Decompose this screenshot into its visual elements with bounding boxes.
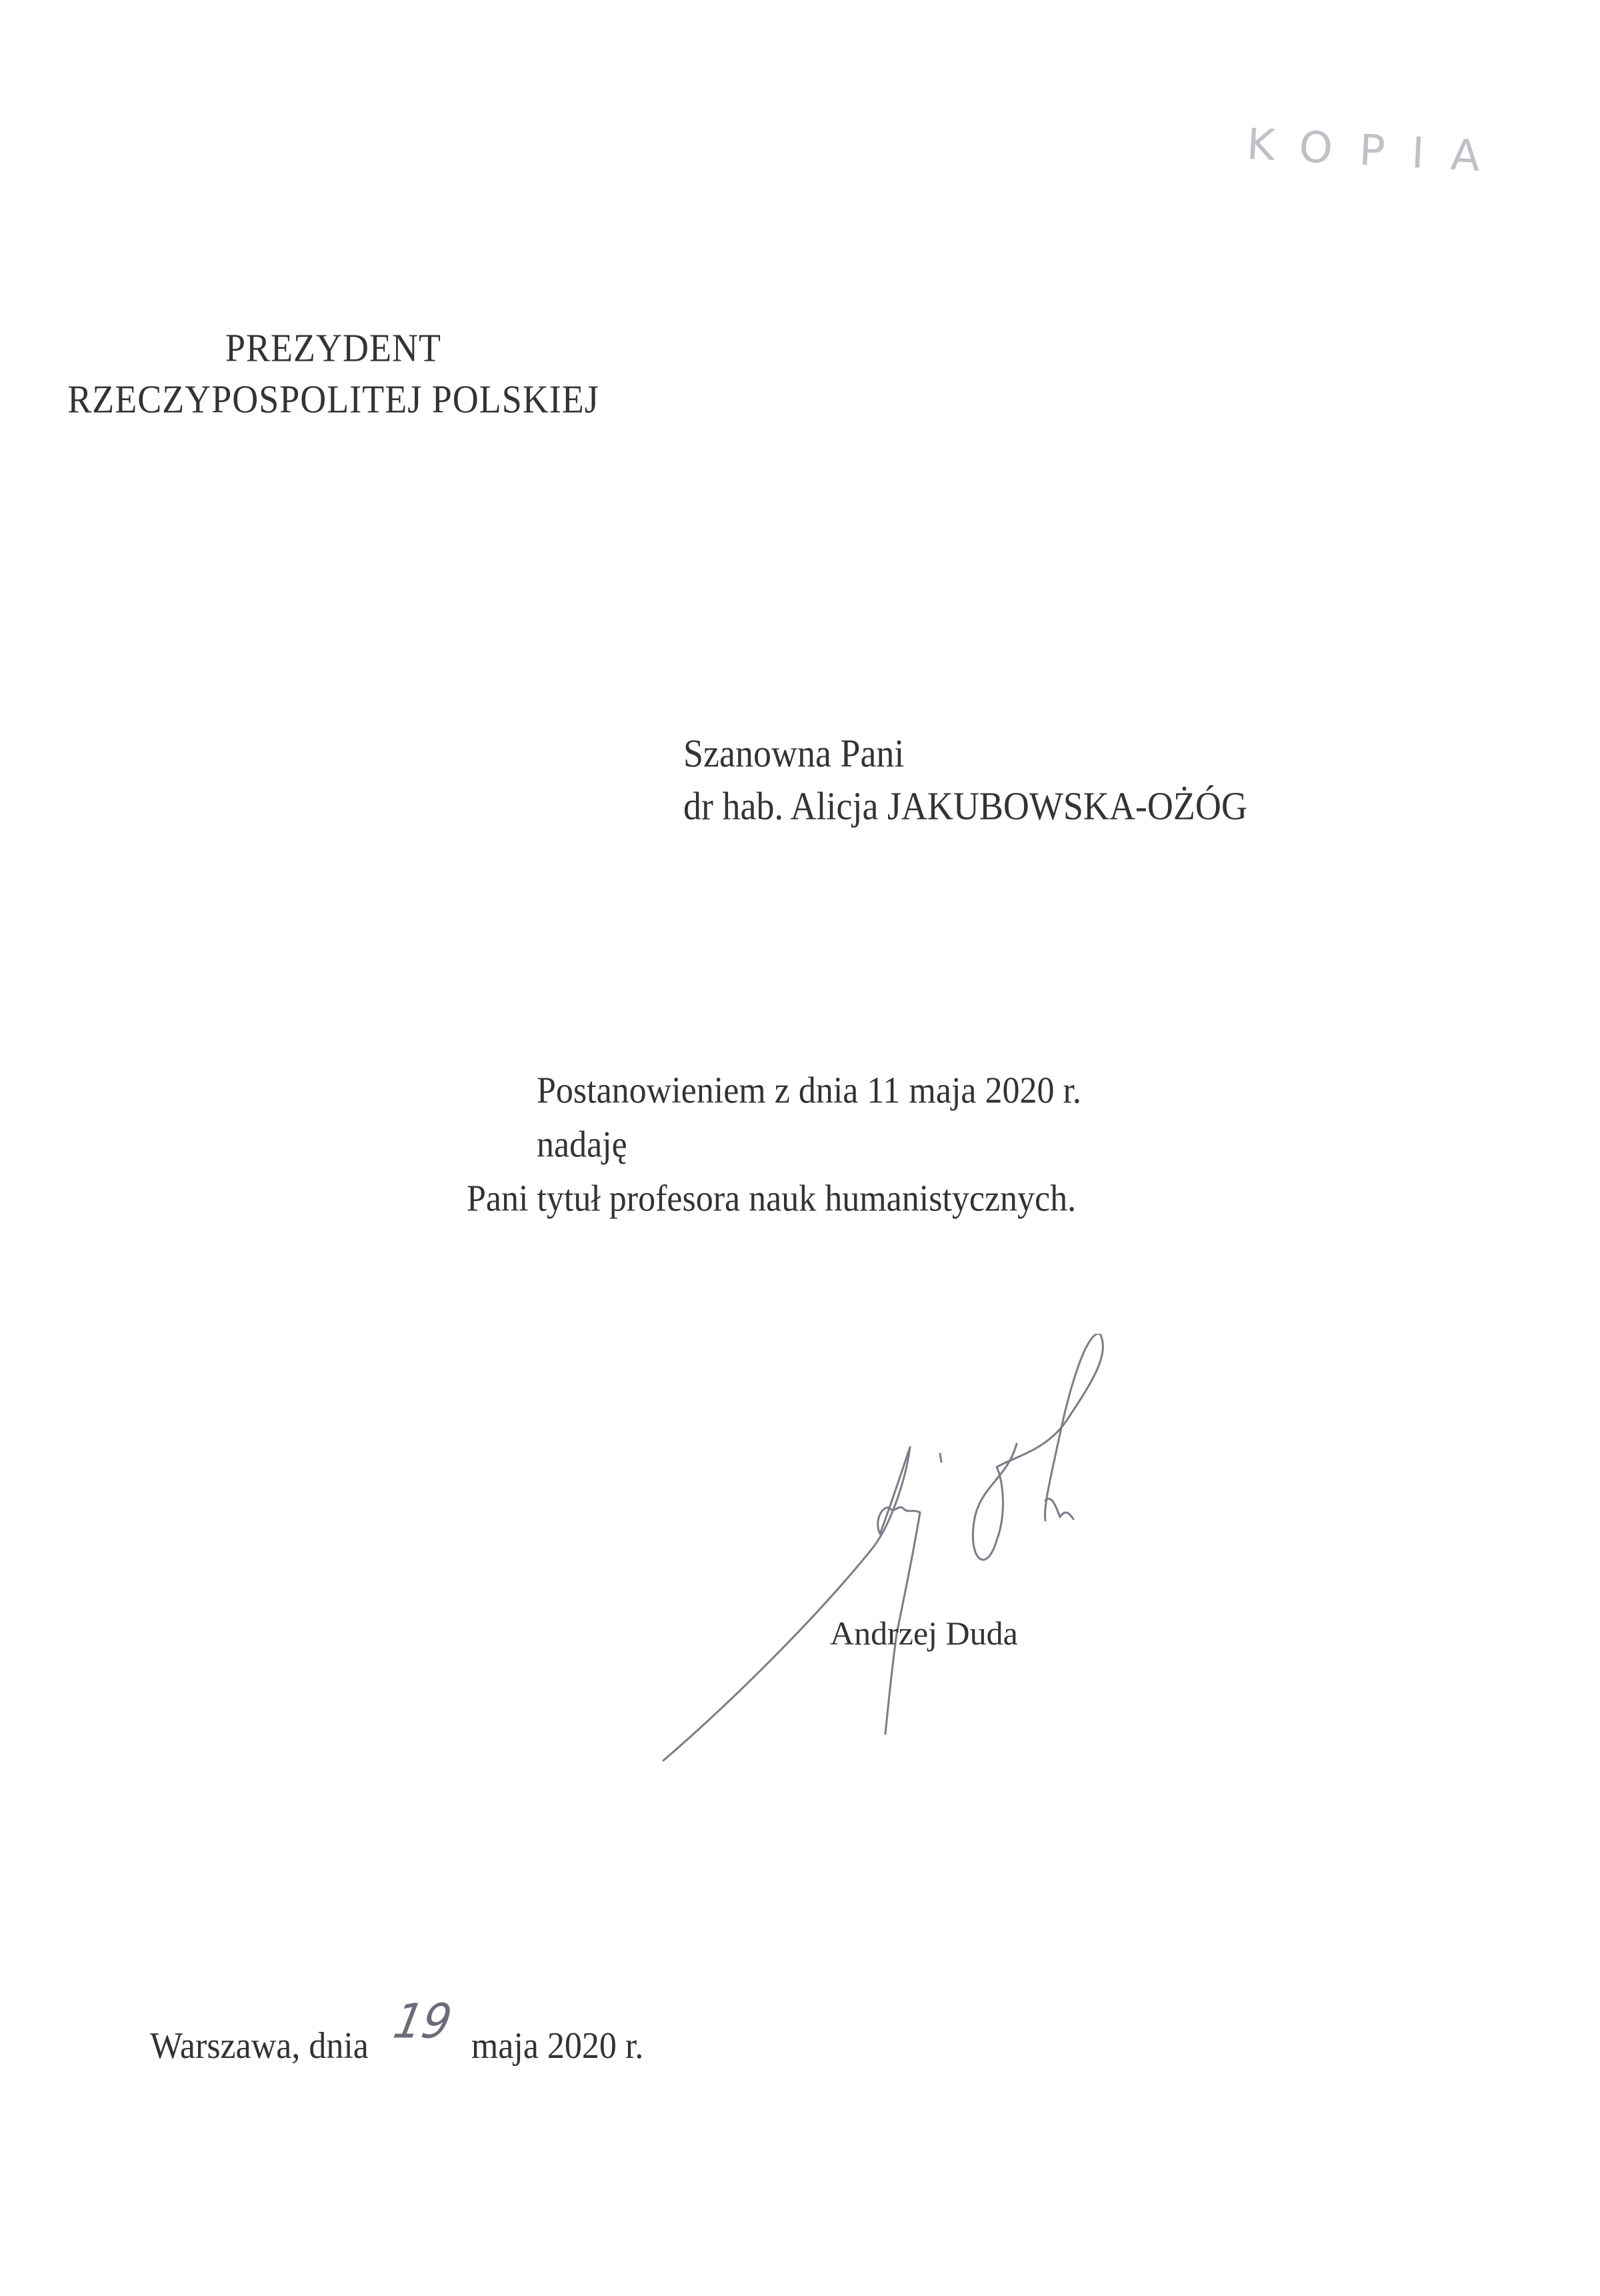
salutation: Szanowna Pani [683, 727, 1247, 780]
handwritten-day: 19 [389, 1994, 456, 2049]
addressee-name: dr hab. Alicja JAKUBOWSKA-OŻÓG [683, 780, 1247, 832]
letterhead: PREZYDENT RZECZYPOSPOLITEJ POLSKIEJ [27, 322, 640, 425]
letterhead-line-1: PREZYDENT [27, 322, 640, 373]
handwritten-signature [633, 1334, 1167, 1801]
signer-name: Andrzej Duda [830, 1614, 1018, 1652]
kopia-stamp: KOPIA [1245, 120, 1507, 183]
letterhead-line-2: RZECZYPOSPOLITEJ POLSKIEJ [27, 373, 640, 425]
body-line-1: Postanowieniem z dnia 11 maja 2020 r. na… [467, 1064, 1133, 1172]
addressee-block: Szanowna Pani dr hab. Alicja JAKUBOWSKA-… [683, 727, 1247, 832]
date-prefix: Warszawa, dnia [150, 2025, 369, 2067]
place-and-date: Warszawa, dnia 19 maja 2020 r. [150, 2014, 643, 2069]
date-suffix: maja 2020 r. [471, 2025, 644, 2067]
body-line-2: Pani tytuł profesora nauk humanistycznyc… [467, 1172, 1133, 1226]
letter-body: Postanowieniem z dnia 11 maja 2020 r. na… [467, 1064, 1133, 1226]
